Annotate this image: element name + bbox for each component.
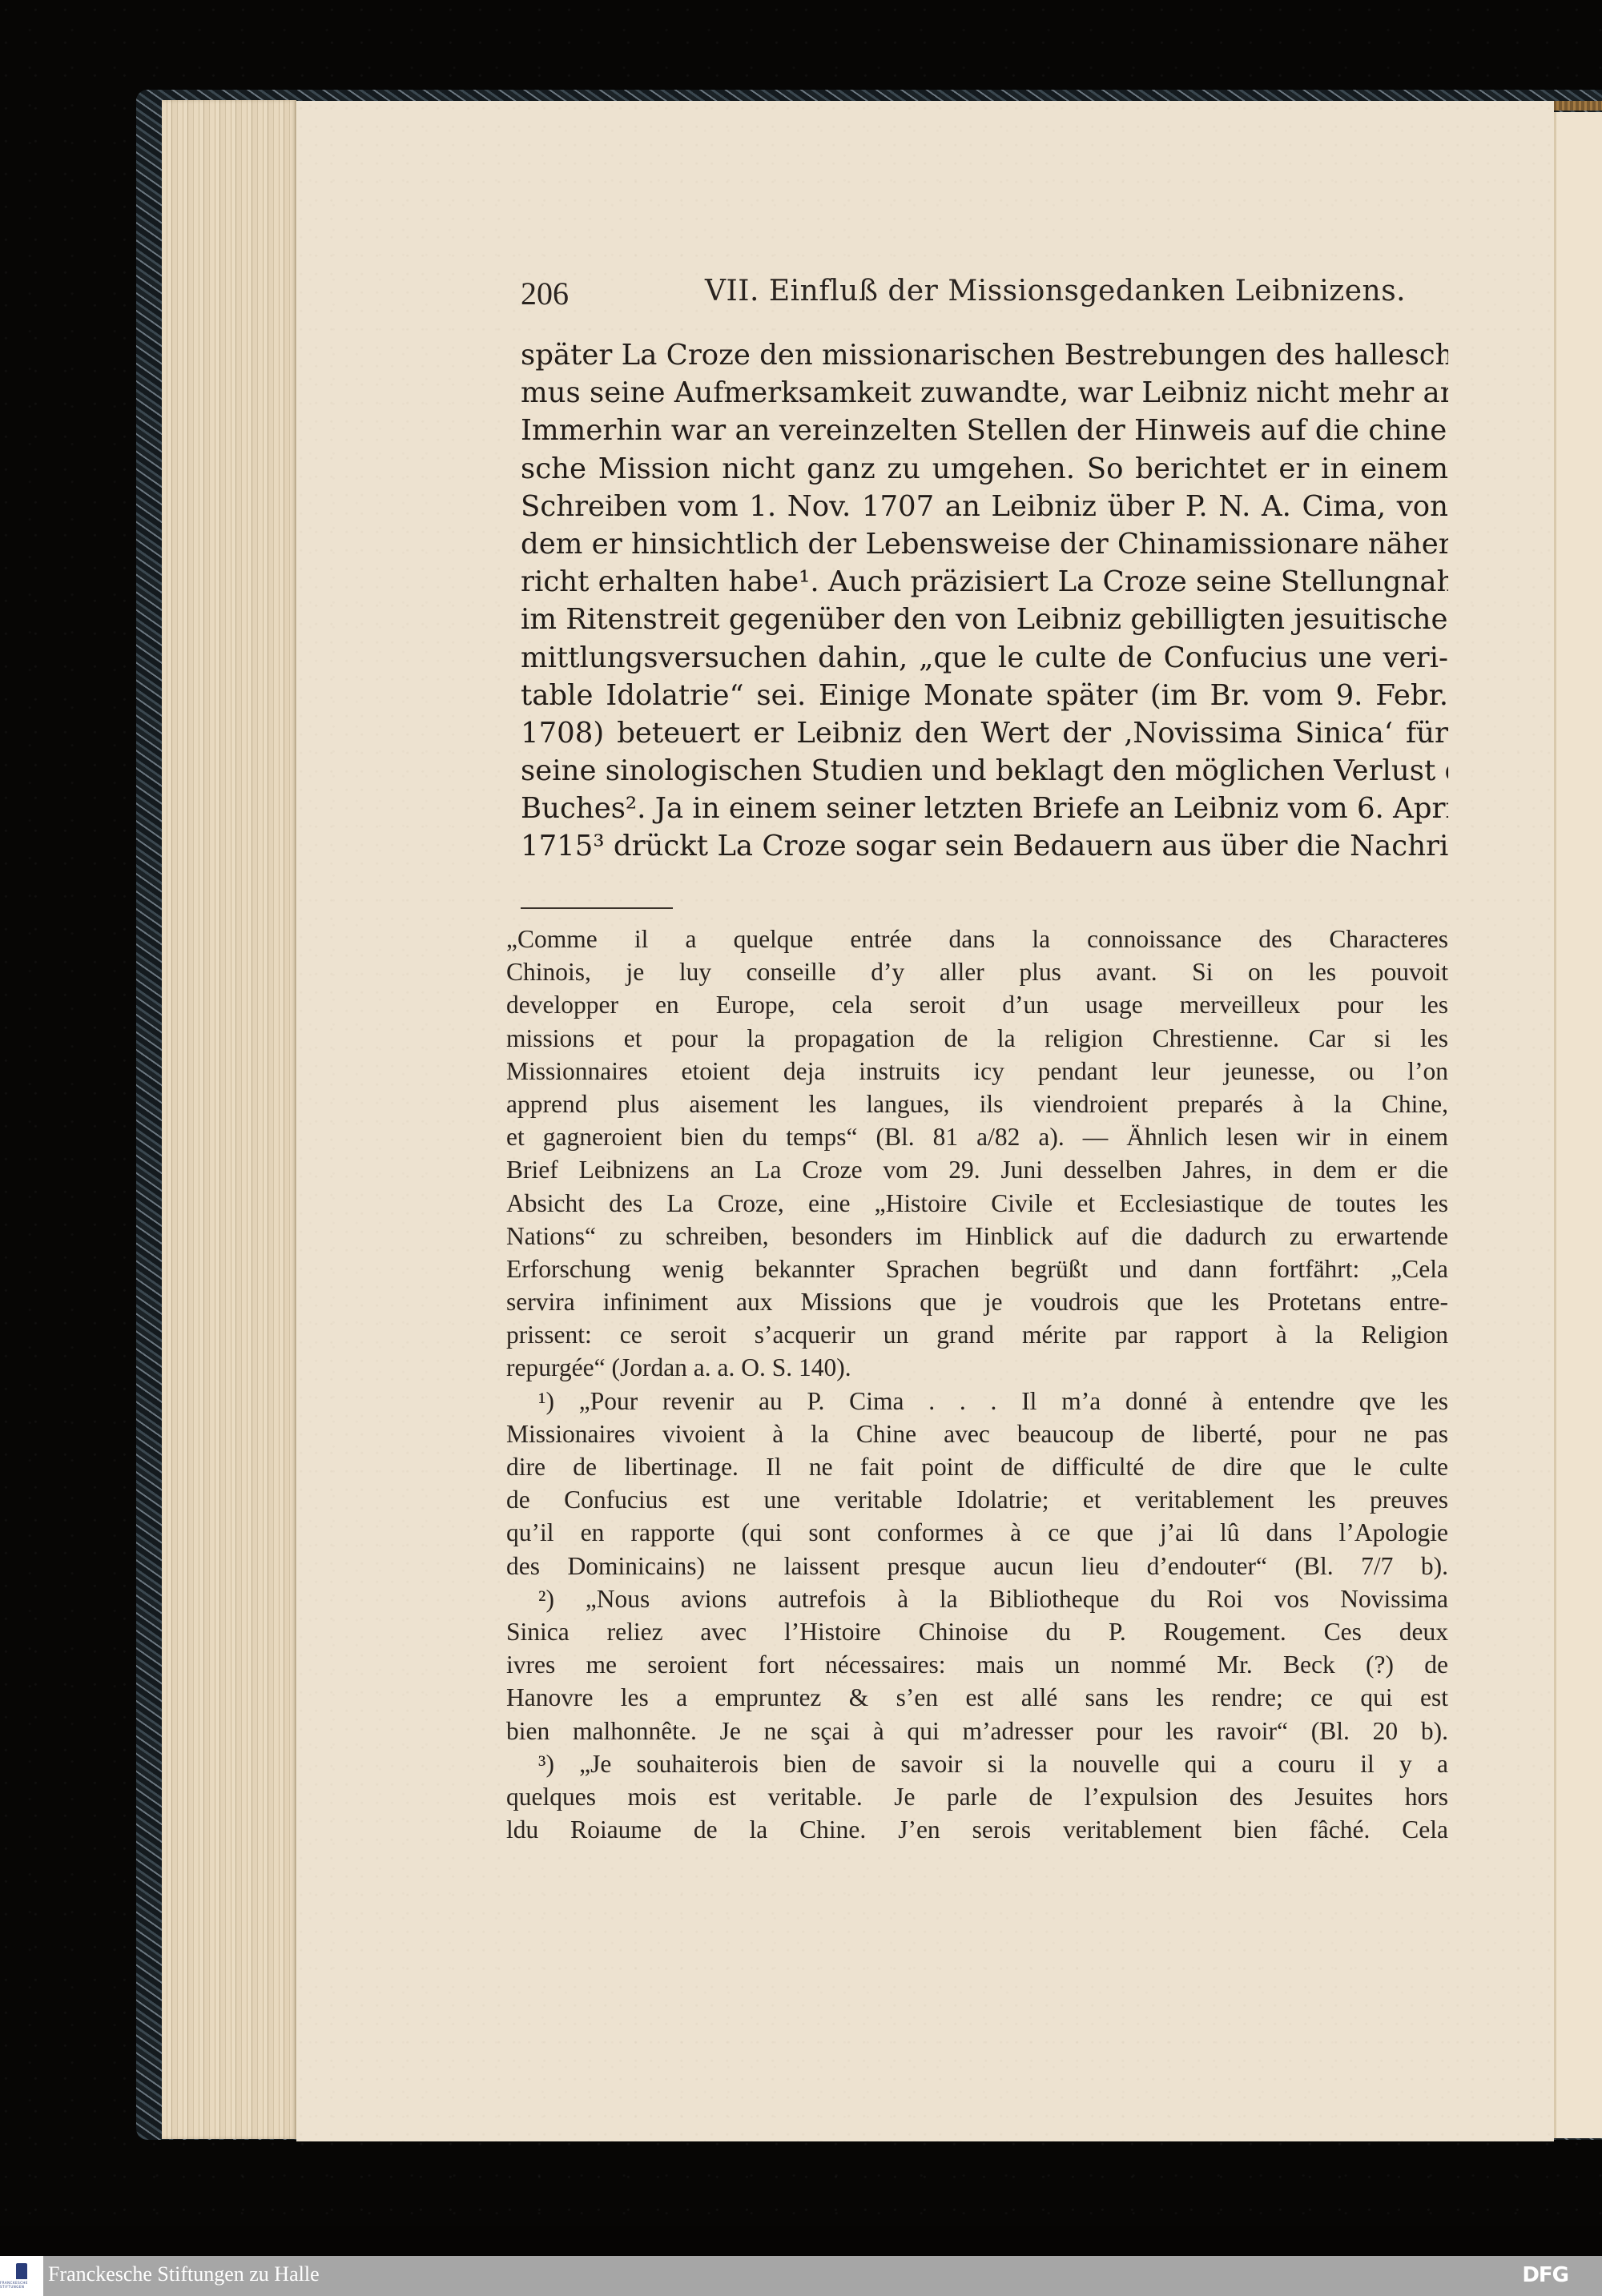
footnote-line: qu’il en rapporte (qui sont conformes à … [506, 1516, 1448, 1549]
footnote-line: Missionnaires etoient deja instruits icy… [506, 1055, 1448, 1088]
main-text: später La Croze den missionarischen Best… [521, 336, 1448, 866]
text-line: sche Mission nicht ganz zu umgehen. So b… [521, 450, 1448, 488]
footnote-line: Missionaires vivoient à la Chine avec be… [506, 1417, 1448, 1450]
facing-page-edge [1554, 112, 1602, 2138]
footnote-line: de Confucius est une veritable Idolatrie… [506, 1483, 1448, 1516]
footnote-line: ivres me seroient fort nécessaires: mais… [506, 1648, 1448, 1681]
footnote-line: ¹) „Pour revenir au P. Cima . . . Il m’a… [506, 1385, 1448, 1417]
footnote-2: ²) „Nous avions autrefois à la Bibliothe… [506, 1582, 1448, 1747]
viewer-footer-bar: FRANCKESCHE STIFTUNGEN Franckesche Stift… [0, 2256, 1602, 2296]
footnote-line: prissent: ce seroit s’acquerir un grand … [506, 1318, 1448, 1351]
footnote-line: apprend plus aisement les langues, ils v… [506, 1088, 1448, 1120]
footnote-continuation: „Comme il a quelque entrée dans la conno… [506, 923, 1448, 1385]
page-stack-edges [162, 100, 296, 2139]
text-line: seine sinologischen Studien und beklagt … [521, 752, 1448, 790]
text-line: Immerhin war an vereinzelten Stellen der… [521, 412, 1448, 449]
footnote-line: dire de libertinage. Il ne fait point de… [506, 1450, 1448, 1483]
text-line: Buches². Ja in einem seiner letzten Brie… [521, 790, 1448, 827]
franckesche-logo-icon [16, 2263, 27, 2279]
footnote-line: Absicht des La Croze, eine „Histoire Civ… [506, 1187, 1448, 1220]
logo-text: FRANCKESCHE STIFTUNGEN [0, 2281, 43, 2289]
footnote-3: ³) „Je souhaiterois bien de savoir si la… [506, 1747, 1448, 1847]
footnote-line: Hanovre les a empruntez & s’en est allé … [506, 1681, 1448, 1714]
text-line: 1715³ drückt La Croze sogar sein Bedauer… [521, 827, 1448, 865]
text-line: richt erhalten habe¹. Auch präzisiert La… [521, 563, 1448, 601]
footnote-1: ¹) „Pour revenir au P. Cima . . . Il m’a… [506, 1385, 1448, 1582]
footnote-line: bien malhonnête. Je ne sçai à qui m’adre… [506, 1715, 1448, 1747]
running-head: 206 VII. Einfluß der Missionsgedanken Le… [521, 275, 1446, 315]
footnote-line: Sinica reliez avec l’Histoire Chinoise d… [506, 1615, 1448, 1648]
text-line: table Idolatrie“ sei. Einige Monate spät… [521, 677, 1448, 714]
text-line: Schreiben vom 1. Nov. 1707 an Leibniz üb… [521, 488, 1448, 525]
footnote-line: missions et pour la propagation de la re… [506, 1022, 1448, 1055]
chapter-title: VII. Einfluß der Missionsgedanken Leibni… [705, 275, 1406, 308]
text-line: mittlungsversuchen dahin, „que le culte … [521, 639, 1448, 677]
text-line: im Ritenstreit gegenüber den von Leibniz… [521, 601, 1448, 638]
text-line: 1708) beteuert er Leibniz den Wert der ‚… [521, 714, 1448, 752]
text-line: später La Croze den missionarischen Best… [521, 336, 1448, 374]
text-line: mus seine Aufmerksamkeit zuwandte, war L… [521, 374, 1448, 412]
footnote-line: servira infiniment aux Missions que je v… [506, 1285, 1448, 1318]
footnotes: „Comme il a quelque entrée dans la conno… [506, 923, 1448, 1846]
dfg-logo-icon[interactable]: DFG [1522, 2263, 1568, 2287]
footnote-line: et gagneroient bien du temps“ (Bl. 81 a/… [506, 1120, 1448, 1153]
footnote-line: developper en Europe, cela seroit d’un u… [506, 988, 1448, 1021]
footnote-line: quelques mois est veritable. Je parle de… [506, 1780, 1448, 1813]
footnote-line: ³) „Je souhaiterois bien de savoir si la… [506, 1747, 1448, 1780]
footnote-line: Nations“ zu schreiben, besonders im Hinb… [506, 1220, 1448, 1253]
institution-logo[interactable]: FRANCKESCHE STIFTUNGEN [0, 2256, 43, 2296]
page-number: 206 [521, 275, 569, 312]
footnote-line: Chinois, je luy conseille d’y aller plus… [506, 955, 1448, 988]
footnote-line: ldu Roiaume de la Chine. J’en serois ver… [506, 1813, 1448, 1846]
footnote-line: repurgée“ (Jordan a. a. O. S. 140). [506, 1351, 1448, 1384]
text-line: dem er hinsichtlich der Lebensweise der … [521, 525, 1448, 563]
footnote-line: Erforschung wenig bekannter Sprachen beg… [506, 1253, 1448, 1285]
footnote-line: „Comme il a quelque entrée dans la conno… [506, 923, 1448, 955]
institution-name[interactable]: Franckesche Stiftungen zu Halle [48, 2262, 320, 2286]
footnote-separator [521, 907, 673, 909]
footnote-line: Brief Leibnizens an La Croze vom 29. Jun… [506, 1153, 1448, 1186]
footnote-line: des Dominicains) ne laissent presque auc… [506, 1550, 1448, 1582]
footnote-line: ²) „Nous avions autrefois à la Bibliothe… [506, 1582, 1448, 1615]
